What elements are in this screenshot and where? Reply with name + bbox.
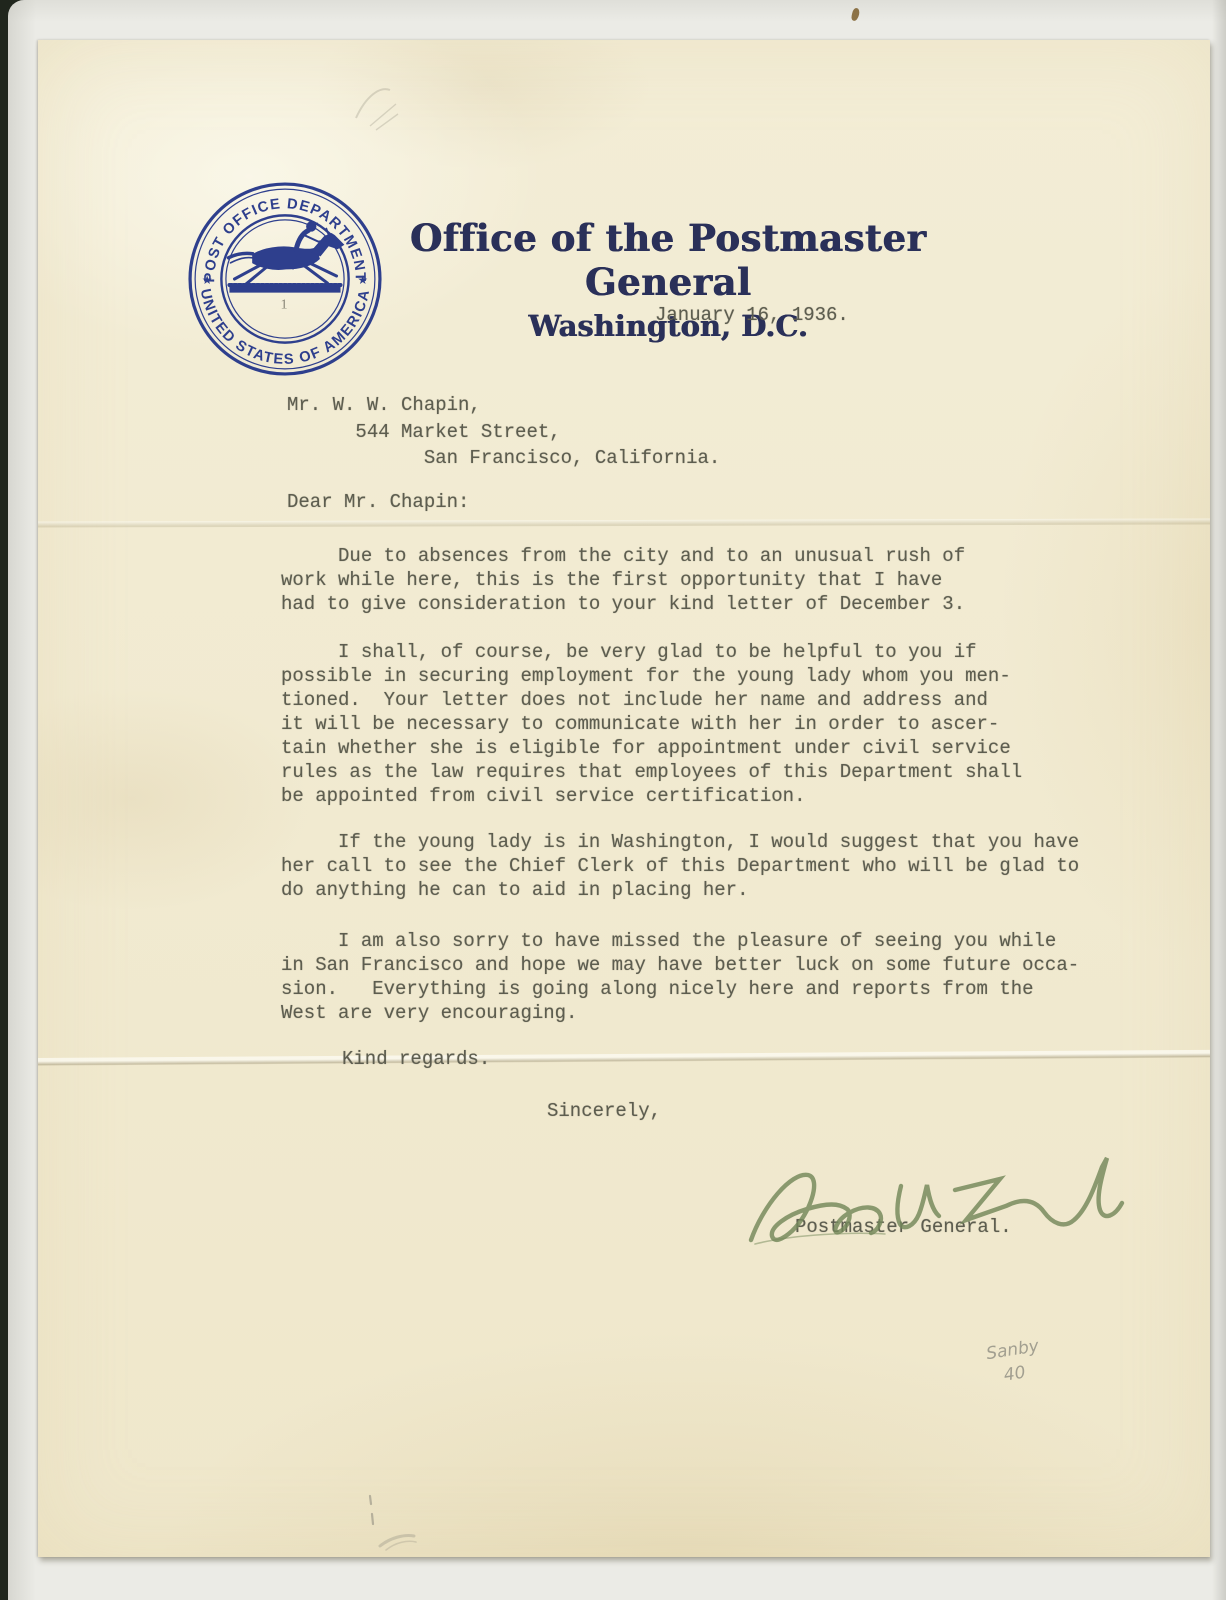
kind-regards: Kind regards. bbox=[342, 1047, 490, 1071]
letterhead-title: Office of the Postmaster General bbox=[338, 216, 998, 304]
pencil-annotation: Sanby 40 bbox=[985, 1334, 1045, 1390]
seal-number: 1 bbox=[280, 296, 287, 312]
pony-express-rider-icon bbox=[228, 222, 343, 293]
closing: Sincerely, bbox=[547, 1099, 661, 1123]
pencil-scratch-top bbox=[346, 70, 416, 140]
salutation: Dear Mr. Chapin: bbox=[287, 490, 469, 514]
pencil-marks-bottom bbox=[352, 1490, 442, 1557]
paragraph-2: I shall, of course, be very glad to be h… bbox=[281, 640, 1022, 808]
paragraph-3: If the young lady is in Washington, I wo… bbox=[281, 830, 1079, 902]
fold-crease-upper bbox=[38, 518, 1210, 527]
letter-sheet: POST OFFICE DEPARTMENT UNITED STATES OF … bbox=[38, 40, 1210, 1557]
fold-crease-lower bbox=[38, 1050, 1210, 1066]
recipient-address: Mr. W. W. Chapin, 544 Market Street, San… bbox=[287, 392, 720, 472]
letter-date: January 16, 1936. bbox=[655, 303, 849, 327]
scanned-letter-photo: POST OFFICE DEPARTMENT UNITED STATES OF … bbox=[0, 0, 1226, 1600]
seal-star-left-icon: ★ bbox=[202, 273, 213, 287]
pencil-annotation-number: 40 bbox=[1002, 1358, 1044, 1388]
paragraph-4: I am also sorry to have missed the pleas… bbox=[281, 929, 1079, 1025]
paragraph-1: Due to absences from the city and to an … bbox=[281, 544, 965, 616]
postmaster-general-signature bbox=[735, 1146, 1127, 1258]
